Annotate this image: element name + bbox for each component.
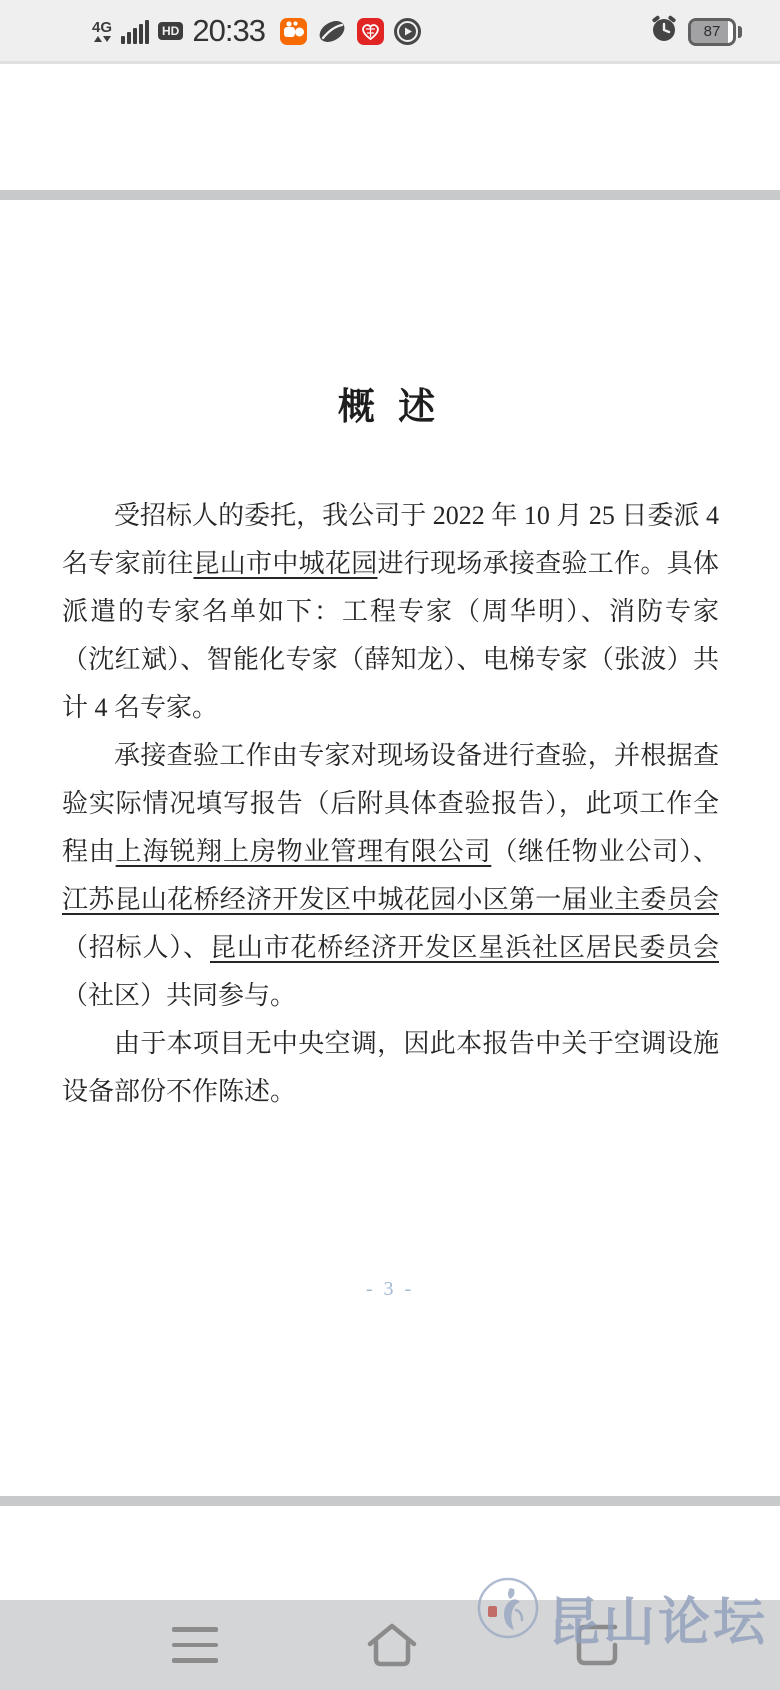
home-button[interactable] [312, 1600, 472, 1690]
paragraph-2: 承接查验工作由专家对现场设备进行查验，并根据查验实际情况填写报告（后附具体查验报… [62, 732, 719, 1020]
document-title: 概 述 [0, 376, 780, 430]
paragraph-1: 受招标人的委托，我公司于 2022 年 10 月 25 日委派 4 名专家前往昆… [62, 492, 719, 732]
document-body: 受招标人的委托，我公司于 2022 年 10 月 25 日委派 4 名专家前往昆… [62, 492, 719, 1116]
phone-screen: 4G HD 20:33 [0, 0, 780, 1690]
hd-voice-icon: HD [158, 22, 183, 40]
underlined-text: 江苏昆山花桥经济开发区中城花园小区第一届业主委员会 [62, 885, 719, 914]
menu-icon [172, 1627, 218, 1663]
home-icon [364, 1620, 420, 1670]
signal-strength-icon [121, 18, 149, 44]
status-time: 20:33 [192, 13, 265, 49]
data-transfer-arrows-icon [94, 36, 111, 42]
battery-percent: 87 [691, 21, 733, 43]
back-button[interactable] [517, 1600, 677, 1690]
status-left-cluster: 4G HD 20:33 [92, 13, 421, 49]
back-icon [569, 1619, 625, 1671]
status-bar: 4G HD 20:33 [0, 0, 780, 64]
page-separator-bottom [0, 1496, 780, 1506]
paragraph-3: 由于本项目无中央空调，因此本报告中关于空调设施设备部份不作陈述。 [62, 1020, 719, 1116]
page-separator-top [0, 190, 780, 200]
menu-button[interactable] [115, 1600, 275, 1690]
status-right-cluster: 87 [650, 15, 742, 48]
network-indicator: 4G [92, 20, 112, 42]
underlined-text: 上海锐翔上房物业管理有限公司 [116, 837, 492, 866]
page-number: - 3 - [0, 1278, 780, 1301]
alarm-clock-icon [650, 15, 678, 48]
navigation-bar [0, 1600, 780, 1690]
lens-browser-icon [317, 18, 347, 45]
document-page[interactable]: 概 述 受招标人的委托，我公司于 2022 年 10 月 25 日委派 4 名专… [0, 200, 780, 1496]
battery-nub [738, 26, 742, 38]
network-type-label: 4G [92, 20, 112, 35]
red-heart-app-icon [357, 18, 384, 45]
notification-icons [280, 18, 421, 45]
underlined-text: 昆山市中城花园 [193, 549, 377, 578]
video-play-icon [394, 18, 421, 45]
kuaishou-icon [280, 18, 307, 45]
underlined-text: 昆山市花桥经济开发区星浜社区居民委员会 [210, 933, 719, 962]
battery-icon: 87 [688, 18, 736, 46]
